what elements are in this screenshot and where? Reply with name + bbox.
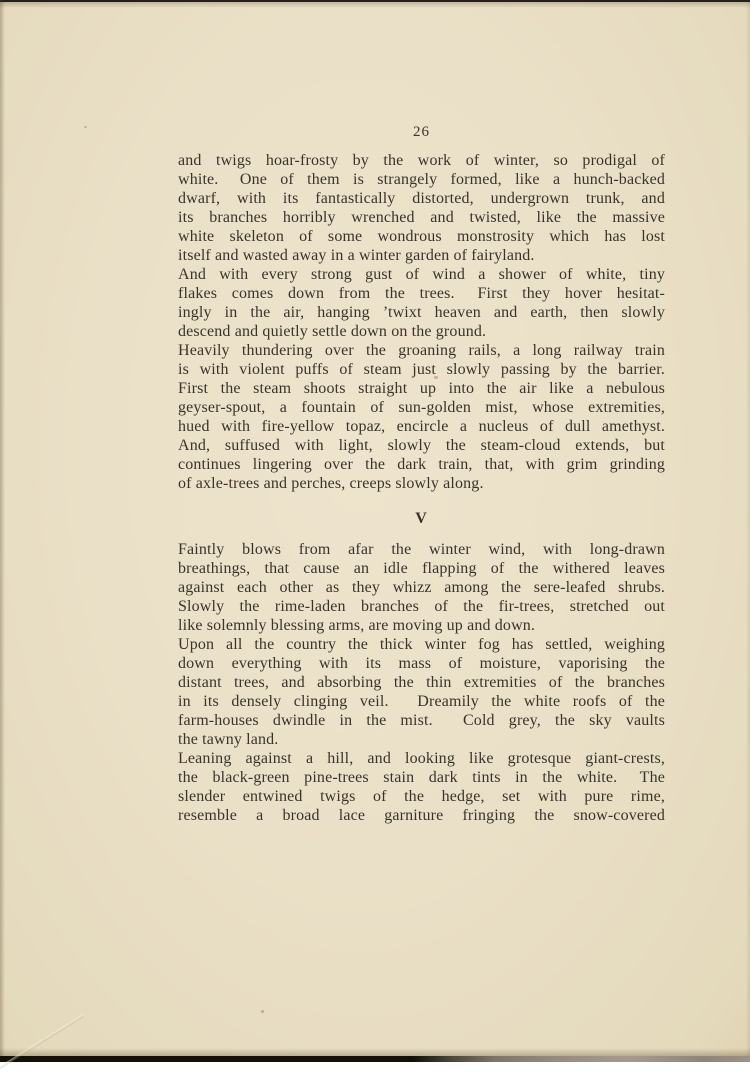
text-line: in its densely clinging veil. Dreamily t… [178,692,665,711]
text-line: farm-houses dwindle in the mist. Cold gr… [178,711,665,730]
text-line: descend and quietly settle down on the g… [178,322,665,341]
paragraph: And with every strong gust of wind a sho… [178,265,665,341]
paper-speck [84,126,87,128]
page-number: 26 [178,124,665,141]
text-line: down everything with its mass of moistur… [178,654,665,673]
text-line: And, suffused with light, slowly the ste… [178,436,665,455]
text-line: Upon all the country the thick winter fo… [178,635,665,654]
text-line: against each other as they whizz among t… [178,578,665,597]
text-line: white skeleton of some wondrous monstros… [178,227,665,246]
scan-edge-right [746,0,750,1062]
text-line: like solemnly blessing arms, are moving … [178,616,665,635]
text-line: and twigs hoar-frosty by the work of win… [178,151,665,170]
text-line: ingly in the air, hanging ’twixt heaven … [178,303,665,322]
paragraph: Upon all the country the thick winter fo… [178,635,665,749]
text-line: First the steam shoots straight up into … [178,379,665,398]
text-line: geyser-spout, a fountain of sun-golden m… [178,398,665,417]
book-page: 26 and twigs hoar-frosty by the work of … [0,0,750,1062]
text-line: distant trees, and absorbing the thin ex… [178,673,665,692]
text-line: Leaning against a hill, and looking like… [178,749,665,768]
text-line: resemble a broad lace garniture fringing… [178,806,665,825]
paragraph: Leaning against a hill, and looking like… [178,749,665,825]
text-line: the tawny land. [178,730,665,749]
text-line: the black-green pine-trees stain dark ti… [178,768,665,787]
text-line: slender entwined twigs of the hedge, set… [178,787,665,806]
text-block-section-v: Faintly blows from afar the winter wind,… [178,540,665,825]
text-line: And with every strong gust of wind a sho… [178,265,665,284]
paragraph: and twigs hoar-frosty by the work of win… [178,151,665,265]
scan-edge-top-shadow [0,2,750,8]
text-block-continuation: and twigs hoar-frosty by the work of win… [178,151,665,493]
text-line: breathings, that cause an idle flapping … [178,559,665,578]
paper-speck [434,376,438,379]
text-line: continues lingering over the dark train,… [178,455,665,474]
scan-edge-bottom-shadow [0,1048,750,1056]
text-line: of axle-trees and perches, creeps slowly… [178,474,665,493]
text-line: Heavily thundering over the groaning rai… [178,341,665,360]
paper-speck [261,1010,264,1013]
paragraph: Heavily thundering over the groaning rai… [178,341,665,493]
text-line: dwarf, with its fantastically distorted,… [178,189,665,208]
text-line: flakes comes down from the trees. First … [178,284,665,303]
text-line: hued with fire-yellow topaz, encircle a … [178,417,665,436]
paragraph: Faintly blows from afar the winter wind,… [178,540,665,635]
text-line: itself and wasted away in a winter garde… [178,246,665,265]
text-line: Faintly blows from afar the winter wind,… [178,540,665,559]
section-heading: V [178,510,665,528]
text-line: is with violent puffs of steam just slow… [178,360,665,379]
text-line: white. One of them is strangely formed, … [178,170,665,189]
text-line: Slowly the rime-laden branches of the fi… [178,597,665,616]
text-line: its branches horribly wrenched and twist… [178,208,665,227]
scan-edge-bottom [0,1056,750,1062]
scan-edge-left [0,0,5,1062]
